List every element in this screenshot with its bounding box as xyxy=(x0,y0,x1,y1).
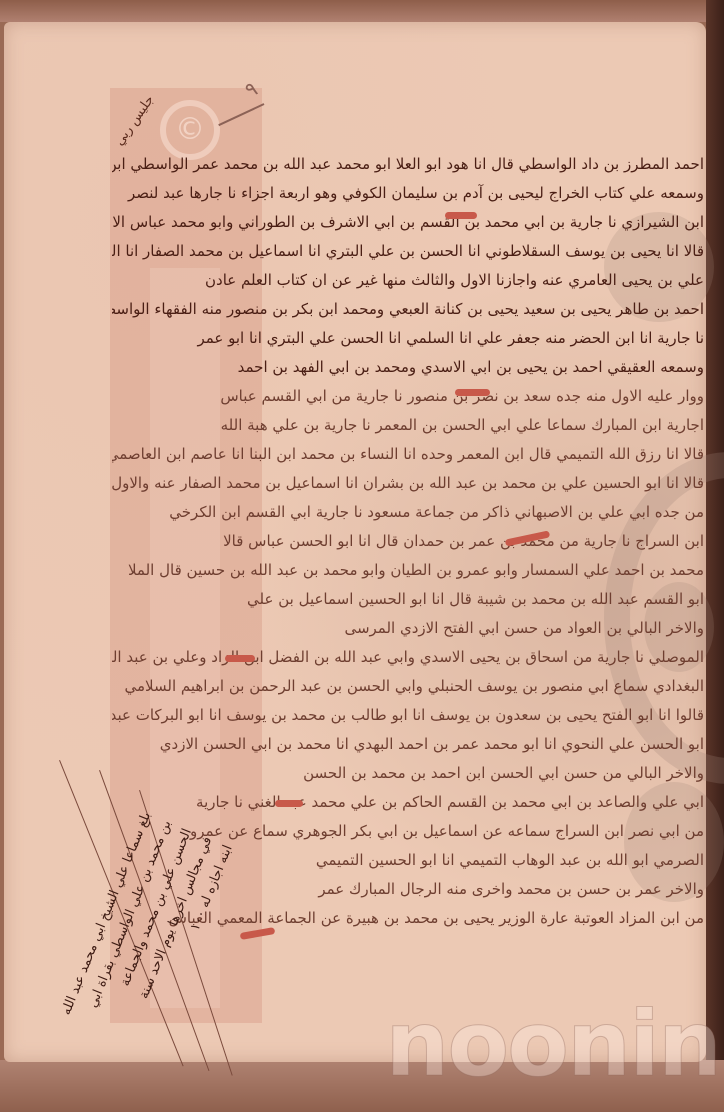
text-line: ابو القسم عبد الله بن محمد بن شيبة قال ا… xyxy=(112,585,704,614)
text-line: قالا انا ابو الحسين علي بن محمد بن عبد ا… xyxy=(112,469,704,498)
rubric-mark xyxy=(455,389,490,396)
rubric-mark xyxy=(225,655,255,662)
rubric-mark xyxy=(275,800,303,807)
text-line: قالا انا رزق الله التميمي قال ابن المعمر… xyxy=(112,440,704,469)
text-line: ابن السراج نا جارية من محمد بن عمر بن حم… xyxy=(112,527,704,556)
text-line: والاخر البالي من حسن ابي الحسن ابن احمد … xyxy=(112,759,704,788)
text-line: ابي علي والصاعد بن ابي محمد بن القسم الح… xyxy=(112,788,704,817)
text-line: قالوا انا ابو الفتح يحيى بن سعدون بن يوس… xyxy=(112,701,704,730)
text-line: وسمعه علي كتاب الخراج ليحيى بن آدم بن سل… xyxy=(112,179,704,208)
text-line: ابن الشيرازي نا جارية بن ابي محمد بن الق… xyxy=(112,208,704,237)
text-line: قالا انا يحيى بن يوسف السقلاطوني انا الح… xyxy=(112,237,704,266)
text-line: محمد بن احمد علي السمسار وابو عمرو بن ال… xyxy=(112,556,704,585)
text-line: وسمعه العقيقي احمد بن يحيى بن ابي الاسدي… xyxy=(112,353,704,382)
text-line: ابو الحسن علي النحوي انا ابو محمد عمر بن… xyxy=(112,730,704,759)
text-line: علي بن يحيى العامري عنه واجازنا الاول وا… xyxy=(112,266,704,295)
text-line: الموصلي نا جارية من اسحاق بن يحيى الاسدي… xyxy=(112,643,704,672)
text-line: ووار عليه الاول منه جده سعد بن نصر بن من… xyxy=(112,382,704,411)
text-line: البغدادي سماع ابي منصور بن يوسف الحنبلي … xyxy=(112,672,704,701)
scan-frame-top xyxy=(0,0,724,22)
text-line: نا جارية انا ابن الحضر منه جعفر علي انا … xyxy=(112,324,704,353)
text-line: احمد بن طاهر يحيى بن سعيد يحيى بن كنانة … xyxy=(112,295,704,324)
text-line: من جده ابي علي بن الاصبهاني ذاكر من جماع… xyxy=(112,498,704,527)
watermark-text: noonin xyxy=(385,1000,720,1090)
text-line: اجارية ابن المبارك سماعا علي ابي الحسن ب… xyxy=(112,411,704,440)
text-line: احمد المطرز بن داد الواسطي قال انا هود ا… xyxy=(112,150,704,179)
main-text-block: احمد المطرز بن داد الواسطي قال انا هود ا… xyxy=(112,150,704,933)
text-line: والاخر البالي بن العواد من حسن ابي الفتح… xyxy=(112,614,704,643)
rubric-mark xyxy=(445,212,477,219)
